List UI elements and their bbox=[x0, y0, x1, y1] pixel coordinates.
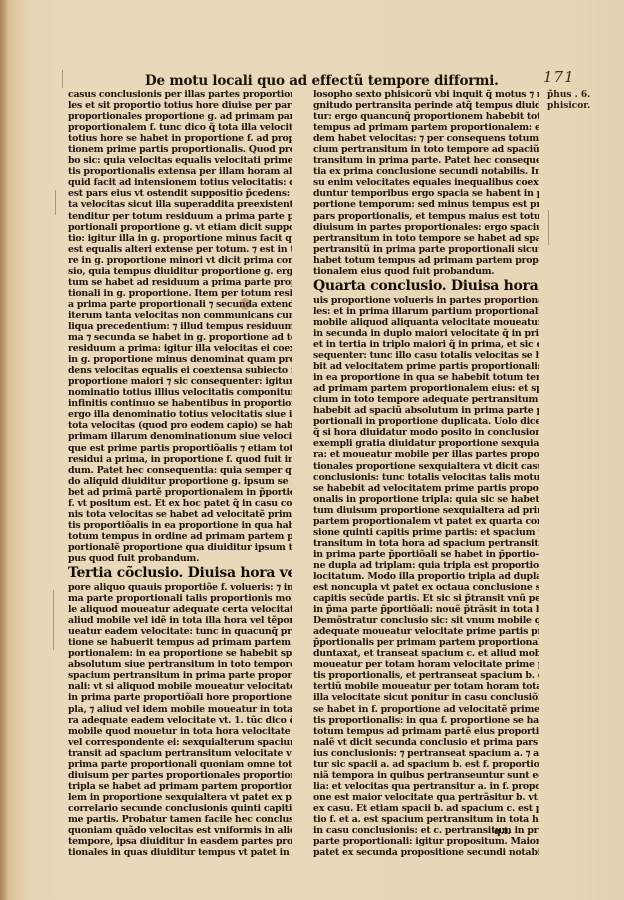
text-line: tio: igitur illa in g. proportione minus… bbox=[68, 233, 292, 244]
text-line: ex casu. Et etiam spacii b. ad spacium c… bbox=[313, 803, 539, 814]
text-line: sione quinti capitis prime partis: et sp… bbox=[313, 527, 539, 538]
text-line: residui a prima, in proportione f. quod … bbox=[68, 454, 292, 465]
text-line: portione temporum: sed minus tempus est … bbox=[313, 199, 539, 210]
text-line: proportionales proportione g. ad primam … bbox=[68, 111, 292, 122]
text-line: bo sic: quia velocitas equalis velocitat… bbox=[68, 155, 292, 166]
text-line: bet ad primã partẽ proportionalem in p̃p… bbox=[68, 487, 292, 498]
text-line: tis proportionalis, et pertranseat spaci… bbox=[313, 670, 539, 681]
text-line: sequenter: tunc illo casu totalis veloci… bbox=[313, 350, 539, 361]
text-line: tripla se habet ad primam partem proport… bbox=[68, 781, 292, 792]
marginal-note: p̃hus . 6. phisicor. bbox=[547, 90, 590, 112]
text-line: portionalem: in ea proportione se habebi… bbox=[68, 648, 292, 659]
text-line: proportionalem f. tunc dico q̃ tota illa… bbox=[68, 122, 292, 133]
pencil-mark bbox=[62, 70, 63, 88]
text-line: tis proportionalis extensa per illam hor… bbox=[68, 166, 292, 177]
text-line: tia ex prima conclusione secundi notabil… bbox=[313, 166, 539, 177]
text-line: tionali in g. proportione. Item per totu… bbox=[68, 288, 292, 299]
text-line: absolutum siue pertransitum in toto temp… bbox=[68, 659, 292, 670]
text-line: pertransitũ in prima parte proportionali… bbox=[313, 244, 539, 255]
text-line: in prima parte p̃portiõali se habet in p… bbox=[313, 549, 539, 560]
text-line: tionales in quas diuiditur tempus vt pat… bbox=[68, 847, 292, 858]
right-text-block-1: losopho sexto phisicorũ vbi inquit q̃ mo… bbox=[313, 89, 539, 277]
text-line: bit ad velocitatem prime partis proporti… bbox=[313, 361, 539, 372]
text-line: ma parte proportionali talis proportioni… bbox=[68, 593, 292, 604]
text-line: quoniam quãdo velocitas est vniformis in… bbox=[68, 825, 292, 836]
text-line: proportione maiori ⁊ sic consequenter: i… bbox=[68, 376, 292, 387]
text-line: tio f. et a. est spacium pertransitum in… bbox=[313, 814, 539, 825]
text-line: patet ex secunda propositione secundi no… bbox=[313, 847, 539, 858]
text-line: tionales proportione sexquialtera vt dic… bbox=[313, 461, 539, 472]
text-line: lem in proportione sexquialtera vt patet… bbox=[68, 792, 292, 803]
text-line: aliud mobile vel idẽ in tota illa hora v… bbox=[68, 615, 292, 626]
text-line: totum tempus in ordine ad primam partem … bbox=[68, 531, 292, 542]
text-line: tionalem eius quod fuit probandum. bbox=[313, 266, 539, 277]
pencil-mark bbox=[55, 190, 56, 215]
text-line: iterum tanta velocitas non communicans c… bbox=[68, 310, 292, 321]
text-line: in prima parte proportiõali hore proport… bbox=[68, 692, 292, 703]
text-line: ra adequate eadem velocitate vt. 1. tũc … bbox=[68, 715, 292, 726]
text-line: se habet in f. proportione ad velocitatẽ… bbox=[313, 704, 539, 715]
signature-mark: q.i. bbox=[494, 826, 511, 837]
left-text-block-1: casus conclusionis per illas partes prop… bbox=[68, 89, 292, 564]
text-line: portionali in proportione duplicata. Uol… bbox=[313, 416, 539, 427]
text-line: ius conclusionis: ⁊ pertranseat spacium … bbox=[313, 748, 539, 759]
text-line: totius hore se habet in proportione f. a… bbox=[68, 133, 292, 144]
right-column: losopho sexto phisicorũ vbi inquit q̃ mo… bbox=[313, 89, 539, 858]
text-line: totum tempus ad primam partẽ eius propor… bbox=[313, 726, 539, 737]
text-line: liqua precedentium: ⁊ illud tempus resid… bbox=[68, 321, 292, 332]
text-line: adequate moueatur velocitate prime parti… bbox=[313, 626, 539, 637]
text-line: pus quod fuit probandum. bbox=[68, 553, 292, 564]
text-line: pars proportionalis, et tempus maius est… bbox=[313, 211, 539, 222]
pencil-mark bbox=[548, 210, 549, 245]
text-line: me partis. Probatur tamen facile hec con… bbox=[68, 814, 292, 825]
book-page: 171 De motu locali quo ad effectũ tempor… bbox=[0, 0, 624, 900]
text-line: locitatum. Modo illa proportio tripla ad… bbox=[313, 571, 539, 582]
text-line: portionalẽ proportione qua diuiditur ips… bbox=[68, 542, 292, 553]
text-line: nali: vt si aliquod mobile moueatur velo… bbox=[68, 681, 292, 692]
text-line: dem habet velocitas: ⁊ per consequens to… bbox=[313, 133, 539, 144]
text-line: pla, ⁊ aliud vel idem mobile moueatur in… bbox=[68, 704, 292, 715]
text-line: vel correspondente ei: sexquialterum spa… bbox=[68, 737, 292, 748]
text-line: parte proportionali: igitur propositum. … bbox=[313, 836, 539, 847]
text-line: infinitis continuo se habentibus in prop… bbox=[68, 398, 292, 409]
text-line: quid facit ad intensionem totius velocit… bbox=[68, 177, 292, 188]
text-line: ergo illa denominatio totius velocitatis… bbox=[68, 409, 292, 420]
text-line: est noncupla vt patet ex octaua conclusi… bbox=[313, 582, 539, 593]
text-line: in p̃ma parte p̃portiõali: nouẽ p̃trãsit… bbox=[313, 604, 539, 615]
text-line: p̃portionalis per primam partem proporti… bbox=[313, 637, 539, 648]
text-line: spacium pertransitum in prima parte prop… bbox=[68, 670, 292, 681]
text-line: mobile quod mouetur in tota hora velocit… bbox=[68, 726, 292, 737]
text-line: gnitudo pertransita perinde atq̃ tempus … bbox=[313, 100, 539, 111]
section-heading-tertia: Tertia cõclusio. Diuisa hora vel tem bbox=[68, 565, 292, 581]
text-line: dens velocitas equalis ei coextensa subi… bbox=[68, 365, 292, 376]
text-line: diuisum in partes proportionales: ergo s… bbox=[313, 222, 539, 233]
text-line: portionali proportione g. vt etiam dicit… bbox=[68, 222, 292, 233]
text-line: in g. proportione minus denominat quam p… bbox=[68, 354, 292, 365]
text-line: transitum in tota hora ad spacium pertra… bbox=[313, 538, 539, 549]
text-line: Demõstratur conclusio sic: sit vnum mobi… bbox=[313, 615, 539, 626]
text-line: transitum in prima parte. Patet hec cons… bbox=[313, 155, 539, 166]
text-line: lia: et velocitas qua pertransitur a. in… bbox=[313, 781, 539, 792]
text-line: cium pertransitum in toto tempore ad spa… bbox=[313, 144, 539, 155]
text-line: f. vt positum est. Et ex hoc patet q̃ in… bbox=[68, 498, 292, 509]
text-line: tenditur per totum residuum a prima part… bbox=[68, 211, 292, 222]
text-line: tis proportiõalis in ea proportione in q… bbox=[68, 520, 292, 531]
section-heading-quarta: Quarta conclusio. Diuisa hora qua- bbox=[313, 278, 539, 294]
text-line: ueatur eadem velocitate: tunc in quacunq… bbox=[68, 626, 292, 637]
text-line: residuum a prima: igitur illa velocitas … bbox=[68, 343, 292, 354]
text-line: tum se habet ad residuum a prima parte p… bbox=[68, 277, 292, 288]
text-line: duntur temporibus ergo spacia se habent … bbox=[313, 188, 539, 199]
text-line: tis proportionalis: in qua f. proportion… bbox=[313, 715, 539, 726]
text-line: onalis in proportione tripla: quia sic s… bbox=[313, 494, 539, 505]
left-column: casus conclusionis per illas partes prop… bbox=[68, 89, 292, 858]
text-line: est pars eius vt ostendit suppositio p̃c… bbox=[68, 188, 292, 199]
marginal-note-line: p̃hus . 6. bbox=[547, 90, 590, 101]
text-line: transit ad spacium pertransitum velocita… bbox=[68, 748, 292, 759]
text-line: le aliquod moueatur adequate certa veloc… bbox=[68, 604, 292, 615]
right-text-block-2: uis proportione volueris in partes propo… bbox=[313, 295, 539, 858]
text-line: pore aliquo quauis proportiõe f. volueri… bbox=[68, 582, 292, 593]
text-line: les et sit proportio totius hore diuise … bbox=[68, 100, 292, 111]
text-line: tionem prime partis proportionalis. Quod… bbox=[68, 144, 292, 155]
text-line: moueatur per totam horam velocitate prim… bbox=[313, 659, 539, 670]
text-line: tur sic spacii a. ad spacium b. est f. p… bbox=[313, 759, 539, 770]
text-line: primam illarum denominationum siue veloc… bbox=[68, 431, 292, 442]
text-line: conclusionis: tunc totalis velocitas tal… bbox=[313, 472, 539, 483]
text-line: in ea proportione in qua se habebit totu… bbox=[313, 372, 539, 383]
text-line: les: et in prima illarum partium proport… bbox=[313, 306, 539, 317]
text-line: habet totum tempus ad primam partem prop… bbox=[313, 255, 539, 266]
text-line: et in tertia in triplo maiori q̃ in prim… bbox=[313, 339, 539, 350]
text-line: habebit ad spaciũ absolutum in prima par… bbox=[313, 405, 539, 416]
text-line: dum. Patet hec consequentia: quia semper… bbox=[68, 465, 292, 476]
text-line: illa velocitate sicut ponitur in casu co… bbox=[313, 692, 539, 703]
text-line: uis proportione volueris in partes propo… bbox=[313, 295, 539, 306]
text-line: que est prime partis proportiõalis ⁊ eti… bbox=[68, 443, 292, 454]
text-line: se habebit ad velocitatem prime partis p… bbox=[313, 483, 539, 494]
text-line: tertiũ mobile moueatur per totam horam t… bbox=[313, 681, 539, 692]
text-line: one est maior velocitate qua pertrãsitur… bbox=[313, 792, 539, 803]
text-line: prima parte proportionali quoniam omne t… bbox=[68, 759, 292, 770]
text-line: a prima parte proportionali ⁊ secunda ex… bbox=[68, 299, 292, 310]
running-head: De motu locali quo ad effectũ tempore di… bbox=[145, 73, 445, 89]
text-line: tione se habuerit tempus ad primam parte… bbox=[68, 637, 292, 648]
text-line: casus conclusionis per illas partes prop… bbox=[68, 89, 292, 100]
text-line: re in g. proportione minori vt dicit pri… bbox=[68, 255, 292, 266]
text-line: est equalis alteri extense per totum. ⁊ … bbox=[68, 244, 292, 255]
folio-number: 171 bbox=[543, 68, 575, 86]
text-line: tempus ad primam partem proportionalem: … bbox=[313, 122, 539, 133]
text-line: nalẽ vt dicit secunda conclusio et prima… bbox=[313, 737, 539, 748]
text-line: tempore, ipsa diuiditur in easdem partes… bbox=[68, 836, 292, 847]
text-line: do aliquid diuiditur proportione g. ipsu… bbox=[68, 476, 292, 487]
text-line: ta velocitas sicut illa superaddita pree… bbox=[68, 199, 292, 210]
ink-stain bbox=[240, 298, 250, 310]
text-line: niã tempora in quibus pertranseuntur sun… bbox=[313, 770, 539, 781]
text-line: ma ⁊ secunda se habet in g. proportione … bbox=[68, 332, 292, 343]
text-line: duntaxat, et transeat spacium c. et aliu… bbox=[313, 648, 539, 659]
text-line: mobile aliquod aliquanta velocitate moue… bbox=[313, 317, 539, 328]
text-line: losopho sexto phisicorũ vbi inquit q̃ mo… bbox=[313, 89, 539, 100]
text-line: partem proportionalem vt patet ex quarta… bbox=[313, 516, 539, 527]
text-line: tur: ergo quancunq̃ proportionem habebit… bbox=[313, 111, 539, 122]
text-line: correlario secunde conclusionis quinti c… bbox=[68, 803, 292, 814]
pencil-mark bbox=[53, 590, 54, 650]
text-line: q̃ si hora diuidatur modo posito in conc… bbox=[313, 427, 539, 438]
text-line: sio, quia tempus diuiditur proportione g… bbox=[68, 266, 292, 277]
text-line: cium in toto tempore adequate pertransit… bbox=[313, 394, 539, 405]
text-line: ne dupla ad triplam: quia tripla est pro… bbox=[313, 560, 539, 571]
text-line: diuisum per partes proportionales propor… bbox=[68, 770, 292, 781]
text-line: ad primam partem proportionalem eius: et… bbox=[313, 383, 539, 394]
text-line: capitis secũde partis. Et sic si p̃trans… bbox=[313, 593, 539, 604]
text-line: su enim velocitates equales inequalibus … bbox=[313, 177, 539, 188]
text-line: nominatio totius illius velocitatis comp… bbox=[68, 387, 292, 398]
text-line: exempli gratia diuidatur proportione sex… bbox=[313, 438, 539, 449]
text-line: ra: et moueatur mobile per illas partes … bbox=[313, 449, 539, 460]
text-line: tum diuisum proportione sexquialtera ad … bbox=[313, 505, 539, 516]
text-line: in secunda in duplo maiori velocitate q̃… bbox=[313, 328, 539, 339]
text-line: pertransitum in toto tempore se habet ad… bbox=[313, 233, 539, 244]
marginal-note-line: phisicor. bbox=[547, 101, 590, 112]
text-line: nis tota velocitas se habet ad velocitat… bbox=[68, 509, 292, 520]
left-text-block-2: pore aliquo quauis proportiõe f. volueri… bbox=[68, 582, 292, 858]
text-line: tota velocitas (quod pro eodem capio) se… bbox=[68, 420, 292, 431]
